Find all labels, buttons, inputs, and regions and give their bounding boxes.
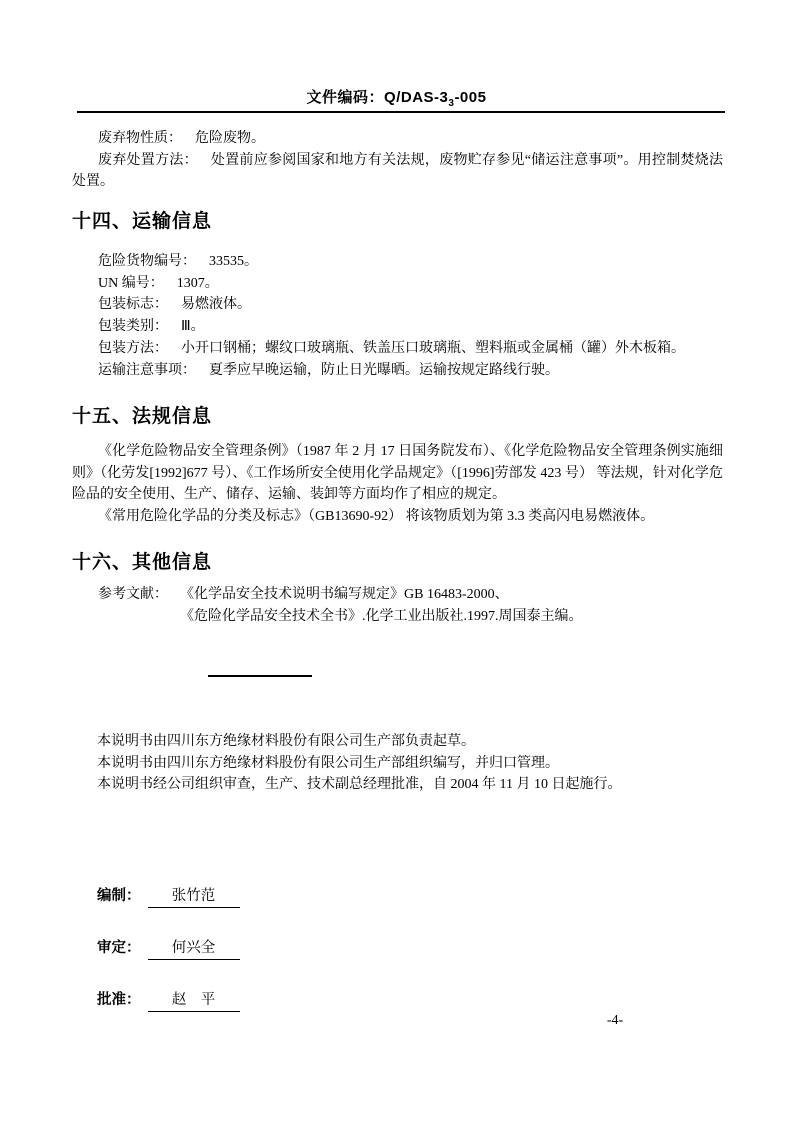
waste-method-line: 废弃处置方法：处置前应参阅国家和地方有关法规，废物贮存参见“储运注意事项”。用控… <box>72 150 723 193</box>
waste-property-line: 废弃物性质：危险废物。 <box>72 128 723 150</box>
transport-row-value: Ⅲ。 <box>181 319 205 334</box>
transport-row-value: 夏季应早晚运输，防止日光曝晒。运输按规定路线行驶。 <box>209 363 559 378</box>
header-divider-line <box>77 111 725 113</box>
transport-row-label: 包装方法： <box>98 341 168 356</box>
transport-row-value: 33535。 <box>209 254 258 269</box>
waste-property-label: 废弃物性质： <box>98 131 182 146</box>
separator-line <box>208 675 312 677</box>
regulations-paragraph-2: 《常用危险化学品的分类及标志》（GB13690-92） 将该物质划为第 3.3 … <box>72 506 723 528</box>
reference-item-1: 《化学品安全技术说明书编写规定》GB 16483-2000、 <box>180 584 583 606</box>
statements-block: 本说明书由四川东方绝缘材料股份有限公司生产部负责起草。 本说明书由四川东方绝缘材… <box>72 731 723 796</box>
waste-disposal-block: 废弃物性质：危险废物。 废弃处置方法：处置前应参阅国家和地方有关法规，废物贮存参… <box>72 128 723 193</box>
document-code-suffix: -005 <box>454 89 486 106</box>
signature-row-approved: 批准：赵 平 <box>97 988 240 1012</box>
transport-row-label: UN 编号： <box>98 276 164 291</box>
signature-row-reviewed: 审定：何兴全 <box>97 936 240 960</box>
document-code-prefix: 文件编码：Q/DAS-3 <box>307 89 449 106</box>
section-title-regulations: 十五、法规信息 <box>72 401 212 428</box>
page-number: -4- <box>585 1013 645 1029</box>
document-code-header: 文件编码：Q/DAS-33-005 <box>0 86 793 109</box>
reference-list: 《化学品安全技术说明书编写规定》GB 16483-2000、 《危险化学品安全技… <box>180 584 583 627</box>
reviewed-by-label: 审定： <box>97 940 141 956</box>
transport-row-value: 1307。 <box>177 276 219 291</box>
waste-method-label: 废弃处置方法： <box>98 153 198 168</box>
reviewed-by-name: 何兴全 <box>148 936 240 960</box>
transport-row-label: 包装标志： <box>98 297 168 312</box>
statement-line-1: 本说明书由四川东方绝缘材料股份有限公司生产部负责起草。 <box>97 731 723 753</box>
references-label: 参考文献： <box>98 584 168 606</box>
document-page: 文件编码：Q/DAS-33-005 废弃物性质：危险废物。 废弃处置方法：处置前… <box>0 0 793 1122</box>
approved-by-label: 批准： <box>97 992 141 1008</box>
transport-info-block: 危险货物编号：33535。 UN 编号：1307。 包装标志：易燃液体。 包装类… <box>72 251 723 381</box>
transport-row-label: 包装类别： <box>98 319 168 334</box>
references-block: 参考文献： 《化学品安全技术说明书编写规定》GB 16483-2000、 《危险… <box>72 584 723 627</box>
regulations-paragraph-1: 《化学危险物品安全管理条例》（1987 年 2 月 17 日国务院发布）、《化学… <box>72 441 723 506</box>
transport-row-packing-category: 包装类别：Ⅲ。 <box>72 316 723 338</box>
transport-row-value: 易燃液体。 <box>181 297 251 312</box>
transport-row-dangerous-goods-number: 危险货物编号：33535。 <box>72 251 723 273</box>
regulations-block: 《化学危险物品安全管理条例》（1987 年 2 月 17 日国务院发布）、《化学… <box>72 441 723 528</box>
prepared-by-name: 张竹范 <box>148 884 240 908</box>
transport-row-label: 危险货物编号： <box>98 254 196 269</box>
statement-line-3: 本说明书经公司组织审查，生产、技术副总经理批准，自 2004 年 11 月 10… <box>97 774 723 796</box>
transport-row-label: 运输注意事项： <box>98 363 196 378</box>
transport-row-packing-mark: 包装标志：易燃液体。 <box>72 294 723 316</box>
section-title-transport: 十四、运输信息 <box>72 206 212 233</box>
transport-row-un-number: UN 编号：1307。 <box>72 273 723 295</box>
transport-row-transport-notes: 运输注意事项：夏季应早晚运输，防止日光曝晒。运输按规定路线行驶。 <box>72 360 723 382</box>
prepared-by-label: 编制： <box>97 888 141 904</box>
transport-row-value: 小开口钢桶；螺纹口玻璃瓶、铁盖压口玻璃瓶、塑料瓶或金属桶（罐）外木板箱。 <box>181 341 685 356</box>
signature-row-prepared: 编制：张竹范 <box>97 884 240 908</box>
waste-property-value: 危险废物。 <box>195 131 265 146</box>
transport-row-packing-method: 包装方法：小开口钢桶；螺纹口玻璃瓶、铁盖压口玻璃瓶、塑料瓶或金属桶（罐）外木板箱… <box>72 338 723 360</box>
approved-by-name: 赵 平 <box>148 988 240 1012</box>
statement-line-2: 本说明书由四川东方绝缘材料股份有限公司生产部组织编写，并归口管理。 <box>97 753 723 775</box>
reference-item-2: 《危险化学品安全技术全书》.化学工业出版社.1997.周国泰主编。 <box>180 606 583 628</box>
section-title-other-info: 十六、其他信息 <box>72 547 212 574</box>
